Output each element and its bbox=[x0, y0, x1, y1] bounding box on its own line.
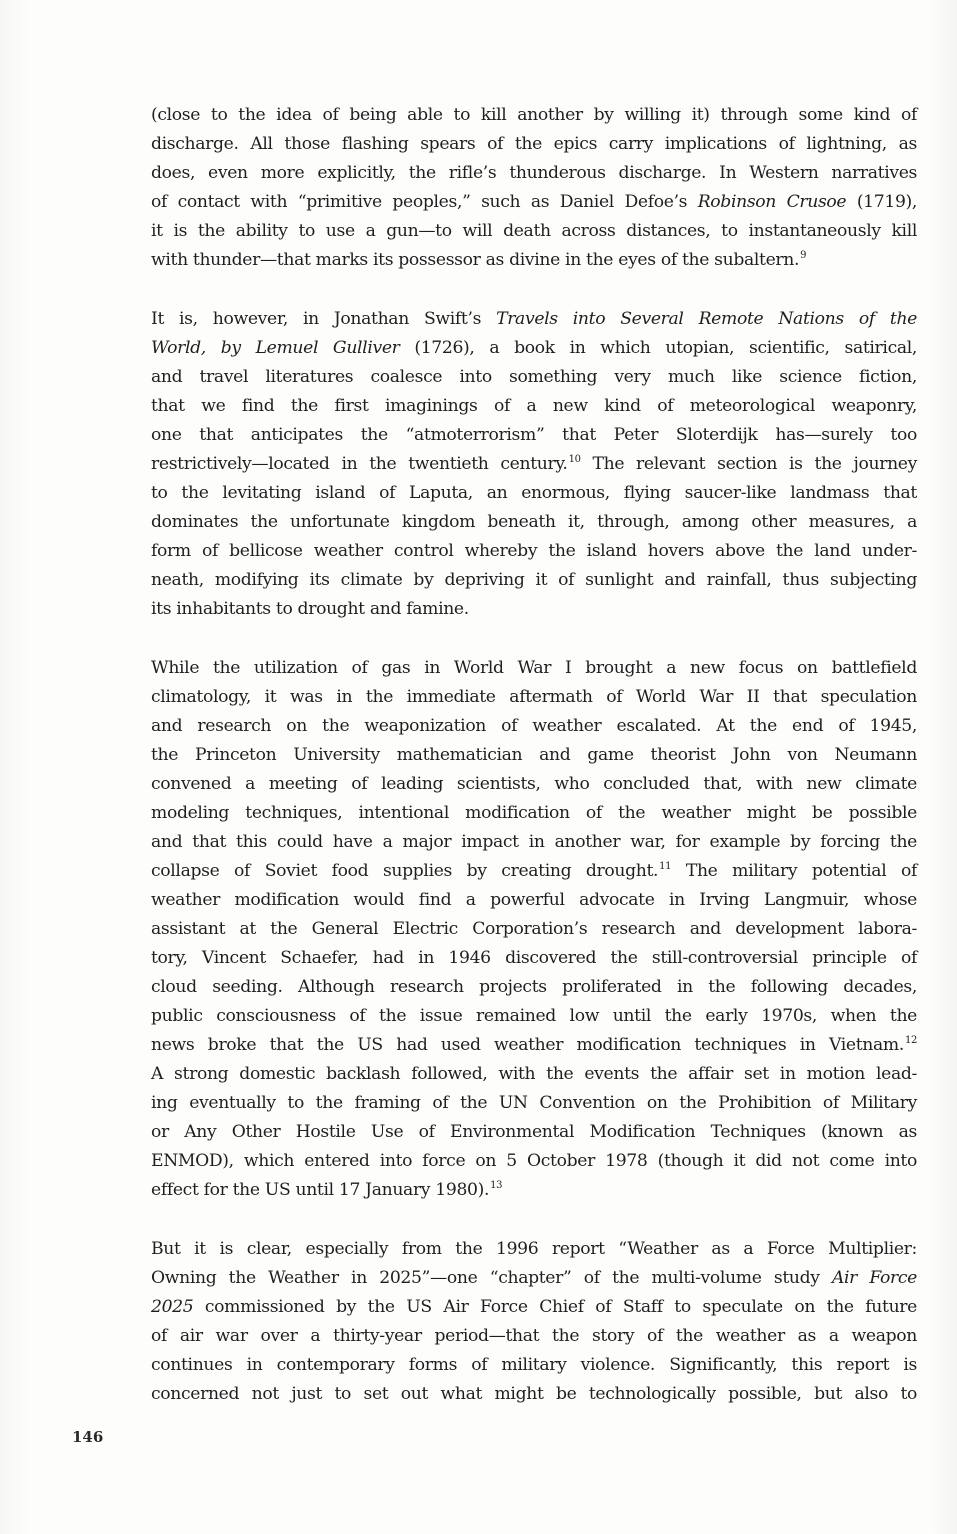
text-line: to the levitating island of Laputa, an e… bbox=[151, 479, 917, 508]
text-run: and that this could have a major impact … bbox=[151, 832, 917, 852]
text-line: that we find the first imaginings of a n… bbox=[151, 392, 917, 421]
text-line: discharge. All those flashing spears of … bbox=[151, 130, 917, 159]
italic-title: Air Force bbox=[832, 1268, 917, 1288]
text-line: and that this could have a major impact … bbox=[151, 828, 917, 857]
text-run: ing eventually to the framing of the UN … bbox=[151, 1093, 917, 1113]
text-run: with thunder—that marks its possessor as… bbox=[151, 250, 799, 270]
text-line: convened a meeting of leading scientists… bbox=[151, 770, 917, 799]
text-run: of air war over a thirty-year period—tha… bbox=[151, 1326, 917, 1346]
text-line: effect for the US until 17 January 1980)… bbox=[151, 1176, 917, 1205]
text-run: (1726), a book in which utopian, scienti… bbox=[400, 338, 917, 358]
paragraph: It is, however, in Jonathan Swift’s Trav… bbox=[151, 305, 917, 624]
text-line: 2025 commissioned by the US Air Force Ch… bbox=[151, 1293, 917, 1322]
footnote-marker: 10 bbox=[569, 454, 581, 465]
footnote-marker: 13 bbox=[490, 1180, 502, 1191]
text-run: (1719), bbox=[846, 192, 917, 212]
text-line: and research on the weaponization of wea… bbox=[151, 712, 917, 741]
text-run: The relevant section is the journey bbox=[581, 454, 917, 474]
text-run: one that anticipates the “atmoterrorism”… bbox=[151, 425, 917, 445]
text-run: modeling techniques, intentional modific… bbox=[151, 803, 917, 823]
italic-title: Travels into Several Remote Nations of t… bbox=[496, 309, 917, 329]
text-line: one that anticipates the “atmoterrorism”… bbox=[151, 421, 917, 450]
text-run: to the levitating island of Laputa, an e… bbox=[151, 483, 917, 503]
text-line: its inhabitants to drought and famine. bbox=[151, 595, 917, 624]
text-run: and research on the weaponization of wea… bbox=[151, 716, 917, 736]
text-run: the Princeton University mathematician a… bbox=[151, 745, 917, 765]
text-run: commissioned by the US Air Force Chief o… bbox=[193, 1297, 917, 1317]
text-line: World, by Lemuel Gulliver (1726), a book… bbox=[151, 334, 917, 363]
text-run: But it is clear, especially from the 199… bbox=[151, 1239, 917, 1259]
text-line: modeling techniques, intentional modific… bbox=[151, 799, 917, 828]
text-run: collapse of Soviet food supplies by crea… bbox=[151, 861, 658, 881]
text-line: ENMOD), which entered into force on 5 Oc… bbox=[151, 1147, 917, 1176]
text-run: It is, however, in Jonathan Swift’s bbox=[151, 309, 496, 329]
text-run: climatology, it was in the immediate aft… bbox=[151, 687, 917, 707]
paragraph: But it is clear, especially from the 199… bbox=[151, 1235, 917, 1409]
text-line: It is, however, in Jonathan Swift’s Trav… bbox=[151, 305, 917, 334]
text-line: and travel literatures coalesce into som… bbox=[151, 363, 917, 392]
text-run: While the utilization of gas in World Wa… bbox=[151, 658, 917, 678]
text-run: of contact with “primitive peoples,” suc… bbox=[151, 192, 698, 212]
text-run: does, even more explicitly, the rifle’s … bbox=[151, 163, 917, 183]
text-line: restrictively—located in the twentieth c… bbox=[151, 450, 917, 479]
text-line: dominates the unfortunate kingdom beneat… bbox=[151, 508, 917, 537]
text-run: Owning the Weather in 2025”—one “chapter… bbox=[151, 1268, 832, 1288]
text-line: does, even more explicitly, the rifle’s … bbox=[151, 159, 917, 188]
paragraph: (close to the idea of being able to kill… bbox=[151, 101, 917, 275]
text-run: it is the ability to use a gun—to will d… bbox=[151, 221, 917, 241]
text-run: and travel literatures coalesce into som… bbox=[151, 367, 917, 387]
text-run: or Any Other Hostile Use of Environmenta… bbox=[151, 1122, 917, 1142]
text-run: news broke that the US had used weather … bbox=[151, 1035, 904, 1055]
text-run: dominates the unfortunate kingdom beneat… bbox=[151, 512, 917, 532]
text-run: ENMOD), which entered into force on 5 Oc… bbox=[151, 1151, 917, 1171]
text-line: or Any Other Hostile Use of Environmenta… bbox=[151, 1118, 917, 1147]
text-run: convened a meeting of leading scientists… bbox=[151, 774, 917, 794]
italic-title: World, by Lemuel Gulliver bbox=[151, 338, 400, 358]
paragraph: While the utilization of gas in World Wa… bbox=[151, 654, 917, 1205]
text-run: (close to the idea of being able to kill… bbox=[151, 105, 917, 125]
text-line: of air war over a thirty-year period—tha… bbox=[151, 1322, 917, 1351]
text-line: news broke that the US had used weather … bbox=[151, 1031, 917, 1060]
text-run: form of bellicose weather control whereb… bbox=[151, 541, 917, 561]
text-run: neath, modifying its climate by deprivin… bbox=[151, 570, 917, 590]
text-run: discharge. All those flashing spears of … bbox=[151, 134, 917, 154]
text-run: that we find the first imaginings of a n… bbox=[151, 396, 917, 416]
text-line: it is the ability to use a gun—to will d… bbox=[151, 217, 917, 246]
text-line: concerned not just to set out what might… bbox=[151, 1380, 917, 1409]
page-number: 146 bbox=[72, 1428, 103, 1446]
footnote-marker: 12 bbox=[905, 1035, 917, 1046]
text-run: effect for the US until 17 January 1980)… bbox=[151, 1180, 489, 1200]
text-line: (close to the idea of being able to kill… bbox=[151, 101, 917, 130]
text-line: form of bellicose weather control whereb… bbox=[151, 537, 917, 566]
text-line: public consciousness of the issue remain… bbox=[151, 1002, 917, 1031]
text-line: Owning the Weather in 2025”—one “chapter… bbox=[151, 1264, 917, 1293]
text-run: public consciousness of the issue remain… bbox=[151, 1006, 917, 1026]
text-run: tory, Vincent Schaefer, had in 1946 disc… bbox=[151, 948, 917, 968]
text-line: ing eventually to the framing of the UN … bbox=[151, 1089, 917, 1118]
text-run: continues in contemporary forms of milit… bbox=[151, 1355, 917, 1375]
text-line: But it is clear, especially from the 199… bbox=[151, 1235, 917, 1264]
footnote-marker: 9 bbox=[800, 250, 806, 261]
text-run: cloud seeding. Although research project… bbox=[151, 977, 917, 997]
text-line: with thunder—that marks its possessor as… bbox=[151, 246, 917, 275]
text-run: its inhabitants to drought and famine. bbox=[151, 599, 469, 619]
text-run: concerned not just to set out what might… bbox=[151, 1384, 917, 1404]
text-line: climatology, it was in the immediate aft… bbox=[151, 683, 917, 712]
italic-title: 2025 bbox=[151, 1297, 193, 1317]
text-line: cloud seeding. Although research project… bbox=[151, 973, 917, 1002]
text-line: continues in contemporary forms of milit… bbox=[151, 1351, 917, 1380]
text-line: tory, Vincent Schaefer, had in 1946 disc… bbox=[151, 944, 917, 973]
italic-title: Robinson Crusoe bbox=[698, 192, 847, 212]
text-line: the Princeton University mathematician a… bbox=[151, 741, 917, 770]
text-run: A strong domestic backlash followed, wit… bbox=[151, 1064, 917, 1084]
body-text: (close to the idea of being able to kill… bbox=[151, 101, 917, 1439]
text-run: weather modification would find a powerf… bbox=[151, 890, 917, 910]
book-page: (close to the idea of being able to kill… bbox=[0, 0, 957, 1534]
footnote-marker: 11 bbox=[659, 861, 671, 872]
text-line: A strong domestic backlash followed, wit… bbox=[151, 1060, 917, 1089]
text-line: of contact with “primitive peoples,” suc… bbox=[151, 188, 917, 217]
text-line: weather modification would find a powerf… bbox=[151, 886, 917, 915]
text-run: assistant at the General Electric Corpor… bbox=[151, 919, 917, 939]
text-run: restrictively—located in the twentieth c… bbox=[151, 454, 568, 474]
text-line: neath, modifying its climate by deprivin… bbox=[151, 566, 917, 595]
text-line: assistant at the General Electric Corpor… bbox=[151, 915, 917, 944]
text-line: While the utilization of gas in World Wa… bbox=[151, 654, 917, 683]
text-run: The military potential of bbox=[671, 861, 917, 881]
text-line: collapse of Soviet food supplies by crea… bbox=[151, 857, 917, 886]
